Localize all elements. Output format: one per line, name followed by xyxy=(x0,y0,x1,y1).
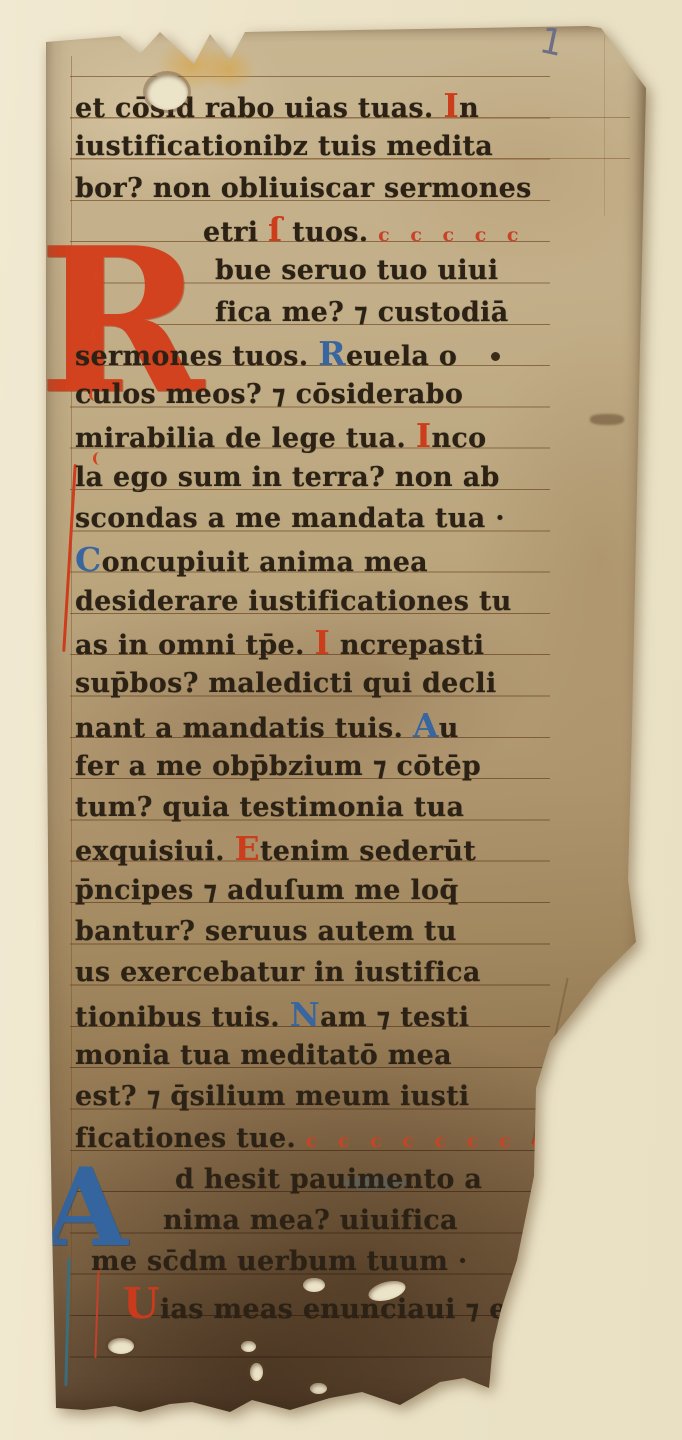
text-segment: tum? quia testimonia tua xyxy=(75,792,464,823)
manuscript-line: mirabilia de lege tua. Inco xyxy=(75,415,486,456)
manuscript-line: la ego sum in terra? non ab xyxy=(75,457,500,498)
manuscript-line: tum? quia testimonia tua xyxy=(75,787,464,828)
manuscript-line: etri ſ tuos. c c c c c xyxy=(203,209,525,250)
text-segment: nima mea? uiuifica xyxy=(163,1205,458,1236)
text-segment: iustificationibz tuis medita xyxy=(75,131,493,162)
manuscript-line: et cōsid rabo uias tuas. In xyxy=(75,85,479,126)
text-segment: C xyxy=(75,540,102,579)
manuscript-line: d hesit pauimento a xyxy=(175,1159,482,1200)
text-segment: bor? non obliuiscar sermones xyxy=(75,173,532,204)
ink-speck xyxy=(491,352,500,361)
text-segment: R xyxy=(318,334,346,373)
hole xyxy=(108,1338,134,1354)
manuscript-line: sup̄bos? maledicti qui decli xyxy=(75,663,497,704)
hole xyxy=(241,1341,256,1352)
manuscript-line: fer a me obp̄bzium ⁊ cōtēp xyxy=(75,746,481,787)
text-segment: as in omni tp̄e. xyxy=(75,630,314,661)
text-segment: c c c c c xyxy=(378,224,525,246)
manuscript-line: p̄ncipes ⁊ aduſum me loq̄ xyxy=(75,870,459,911)
manuscript-line: Concupiuit anima mea xyxy=(75,539,428,580)
text-segment: A xyxy=(413,706,439,745)
manuscript-line: tionibus tuis. Nam ⁊ testi xyxy=(75,994,469,1035)
text-segment: sermones tuos. xyxy=(75,341,318,372)
manuscript-line: as in omni tp̄e. I ncrepasti xyxy=(75,622,484,663)
text-segment: est? ⁊ q̄silium meum iusti xyxy=(75,1081,469,1112)
text-segment: la ego sum in terra? non ab xyxy=(75,462,500,493)
text-segment: am ⁊ testi xyxy=(320,1002,469,1033)
manuscript-line: bor? non obliuiscar sermones xyxy=(75,168,532,209)
text-segment: fer a me obp̄bzium ⁊ cōtēp xyxy=(75,751,481,782)
text-segment: I xyxy=(314,623,330,662)
manuscript-line: nima mea? uiuifica xyxy=(163,1200,458,1241)
text-segment: desiderare iustificationes tu xyxy=(75,586,512,617)
manuscript-line: est? ⁊ q̄silium meum iusti xyxy=(75,1076,469,1117)
hole xyxy=(310,1383,327,1394)
manuscript-line: exquisiui. Etenim sederūt xyxy=(75,828,476,869)
manuscript-line: iustificationibz tuis medita xyxy=(75,126,493,167)
text-segment: nco xyxy=(432,423,487,454)
manuscript-line: bantur? seruus autem tu xyxy=(75,911,457,952)
text-segment: tuos. xyxy=(283,217,379,248)
text-segment: scondas a me mandata tua · xyxy=(75,503,505,534)
text-segment: E xyxy=(235,829,260,868)
text-segment: sup̄bos? maledicti qui decli xyxy=(75,668,497,699)
manuscript-line: ficationes tue. c c c c c c c c xyxy=(75,1118,550,1159)
text-segment: euela o xyxy=(346,341,457,372)
text-segment: oncupiuit anima mea xyxy=(102,547,428,578)
text-segment: bue seruo tuo uiui xyxy=(215,255,498,286)
text-segment: us exercebatur in iustifica xyxy=(75,957,481,988)
text-segment: p̄ncipes ⁊ aduſum me loq̄ xyxy=(75,875,459,906)
text-segment: exquisiui. xyxy=(75,836,235,867)
stain-smear xyxy=(590,414,624,425)
manuscript-fragment: R A et cōsid rabo uias tuas. Iniustifica… xyxy=(44,26,648,1416)
text-segment: U xyxy=(123,1279,160,1328)
text-segment: mirabilia de lege tua. xyxy=(75,423,416,454)
text-segment: bantur? seruus autem tu xyxy=(75,916,457,947)
text-segment: me sc̄dm uerbum tuum · xyxy=(91,1246,468,1277)
manuscript-line: scondas a me mandata tua · xyxy=(75,498,505,539)
text-segment: N xyxy=(290,995,320,1034)
text-segment: etri xyxy=(203,217,268,248)
manuscript-line: bue seruo tuo uiui xyxy=(215,250,498,291)
text-block: et cōsid rabo uias tuas. Iniustification… xyxy=(44,26,648,1416)
text-segment: tenim sederūt xyxy=(260,836,476,867)
text-segment: ias meas enunciaui ⁊ ex xyxy=(160,1294,523,1325)
manuscript-line: monia tua meditatō mea xyxy=(75,1035,452,1076)
text-segment: I xyxy=(416,416,432,455)
manuscript-line: sermones tuos. Reuela o xyxy=(75,333,457,374)
page-background: R A et cōsid rabo uias tuas. Iniustifica… xyxy=(0,0,682,1440)
text-segment: ncrepasti xyxy=(330,630,484,661)
hole xyxy=(250,1363,263,1381)
manuscript-line: us exercebatur in iustifica xyxy=(75,952,481,993)
text-segment: fica me? ⁊ custodiā xyxy=(215,297,509,328)
hole xyxy=(303,1278,325,1292)
text-segment: ficationes tue. xyxy=(75,1123,306,1154)
text-segment: et cōsid rabo uias tuas. xyxy=(75,93,443,124)
text-segment: monia tua meditatō mea xyxy=(75,1040,452,1071)
hole xyxy=(146,74,188,110)
manuscript-line: fica me? ⁊ custodiā xyxy=(215,292,509,333)
text-segment: c c c c c c c c xyxy=(306,1130,550,1152)
text-segment: ſ xyxy=(268,210,283,249)
text-segment: d hesit pauimento a xyxy=(175,1164,482,1195)
parchment-leaf: R A et cōsid rabo uias tuas. Iniustifica… xyxy=(44,26,648,1416)
manuscript-line: desiderare iustificationes tu xyxy=(75,581,512,622)
crease-line xyxy=(565,1036,584,1175)
text-segment: culos meos? ⁊ cōsiderabo xyxy=(75,379,463,410)
text-segment: u xyxy=(439,713,459,744)
manuscript-line: me sc̄dm uerbum tuum · xyxy=(91,1241,468,1282)
manuscript-line: nant a mandatis tuis. Au xyxy=(75,705,459,746)
text-segment: I xyxy=(443,86,459,125)
text-segment: nant a mandatis tuis. xyxy=(75,713,413,744)
text-segment: n xyxy=(459,93,479,124)
text-segment: tionibus tuis. xyxy=(75,1002,290,1033)
manuscript-line: culos meos? ⁊ cōsiderabo xyxy=(75,374,463,415)
